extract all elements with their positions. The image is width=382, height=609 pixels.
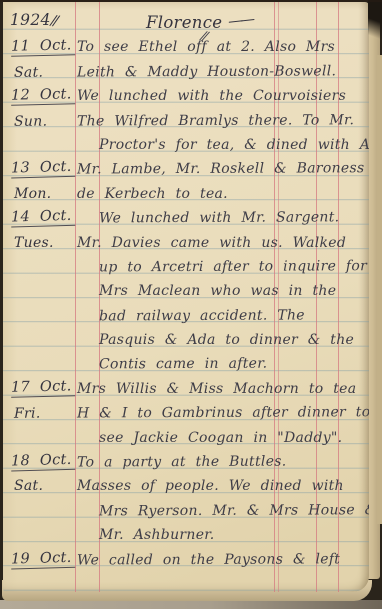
entry-row: 14 Oct.We lunched with Mr. Sargent. <box>3 199 369 225</box>
entry-text: We called on the Paysons & left <box>77 552 340 569</box>
pen-flourish-after-title: —— <box>227 10 253 30</box>
pen-flourish-after-year: ∕∕ <box>50 13 58 30</box>
entry-row: 18 Oct.To a party at the Buttles. <box>3 443 369 469</box>
entry-row: Mrs Maclean who was in the <box>3 273 369 297</box>
entry-row: Contis came in after. <box>3 346 369 372</box>
entry-day: Sat. <box>14 479 43 494</box>
entry-row: Mrs Ryerson. Mr. & Mrs House & <box>3 492 369 518</box>
entry-date: 19 Oct. <box>11 551 75 570</box>
entry-row: Tues.Mr. Davies came with us. Walked <box>3 225 369 249</box>
entry-row: 17 Oct.Mrs Willis & Miss Machorn to tea <box>3 371 369 395</box>
year-text: 1924 <box>10 11 51 29</box>
journal-page: 1924∕∕ Florence—— ∕∕ 11 Oct.To see Ethel… <box>3 2 369 592</box>
entry-row: 19 Oct.We called on the Paysons & left <box>3 541 369 567</box>
entry-row: see Jackie Coogan in "Daddy". <box>3 420 369 444</box>
entry-row: Mon.de Kerbech to tea. <box>3 176 369 200</box>
entry-row: Pasquis & Ada to dinner & the <box>3 322 369 346</box>
entry-row: Mr. Ashburner. <box>3 517 369 541</box>
table-surface <box>0 600 382 609</box>
entry-date: 12 Oct. <box>11 87 75 105</box>
entry-row: up to Arcetri after to inquire for <box>3 248 369 274</box>
page-header: 1924∕∕ Florence—— ∕∕ <box>3 5 369 29</box>
entry-row: 13 Oct.Mr. Lambe, Mr. Roskell & Baroness <box>3 151 369 177</box>
entry-row: bad railway accident. The <box>3 297 369 323</box>
entry-row: Sun.The Wilfred Bramlys there. To Mr. <box>3 102 369 128</box>
entry-rows: 1924∕∕ Florence—— ∕∕ 11 Oct.To see Ethel… <box>3 5 369 566</box>
entry-row: Proctor's for tea, & dined with Ada. <box>3 127 369 151</box>
entry-row: Sat.Leith & Maddy Houston-Boswell. <box>3 53 369 79</box>
entry-row: Sat.Masses of people. We dined with <box>3 468 369 492</box>
entry-row: Fri.H & I to Gambrinus after dinner to <box>3 394 369 420</box>
page-top-edge-shadow <box>0 0 382 2</box>
entry-row: 12 Oct.We lunched with the Courvoisiers <box>3 78 369 102</box>
page-stack-edge-right-2 <box>377 55 382 524</box>
entry-day: Tues. <box>14 236 54 251</box>
diary-photo: 1924∕∕ Florence—— ∕∕ 11 Oct.To see Ethel… <box>0 0 382 609</box>
page-year: 1924∕∕ <box>10 11 56 29</box>
background-corner <box>368 0 382 52</box>
entry-row: 11 Oct.To see Ethel off at 2. Also Mrs <box>3 29 369 53</box>
